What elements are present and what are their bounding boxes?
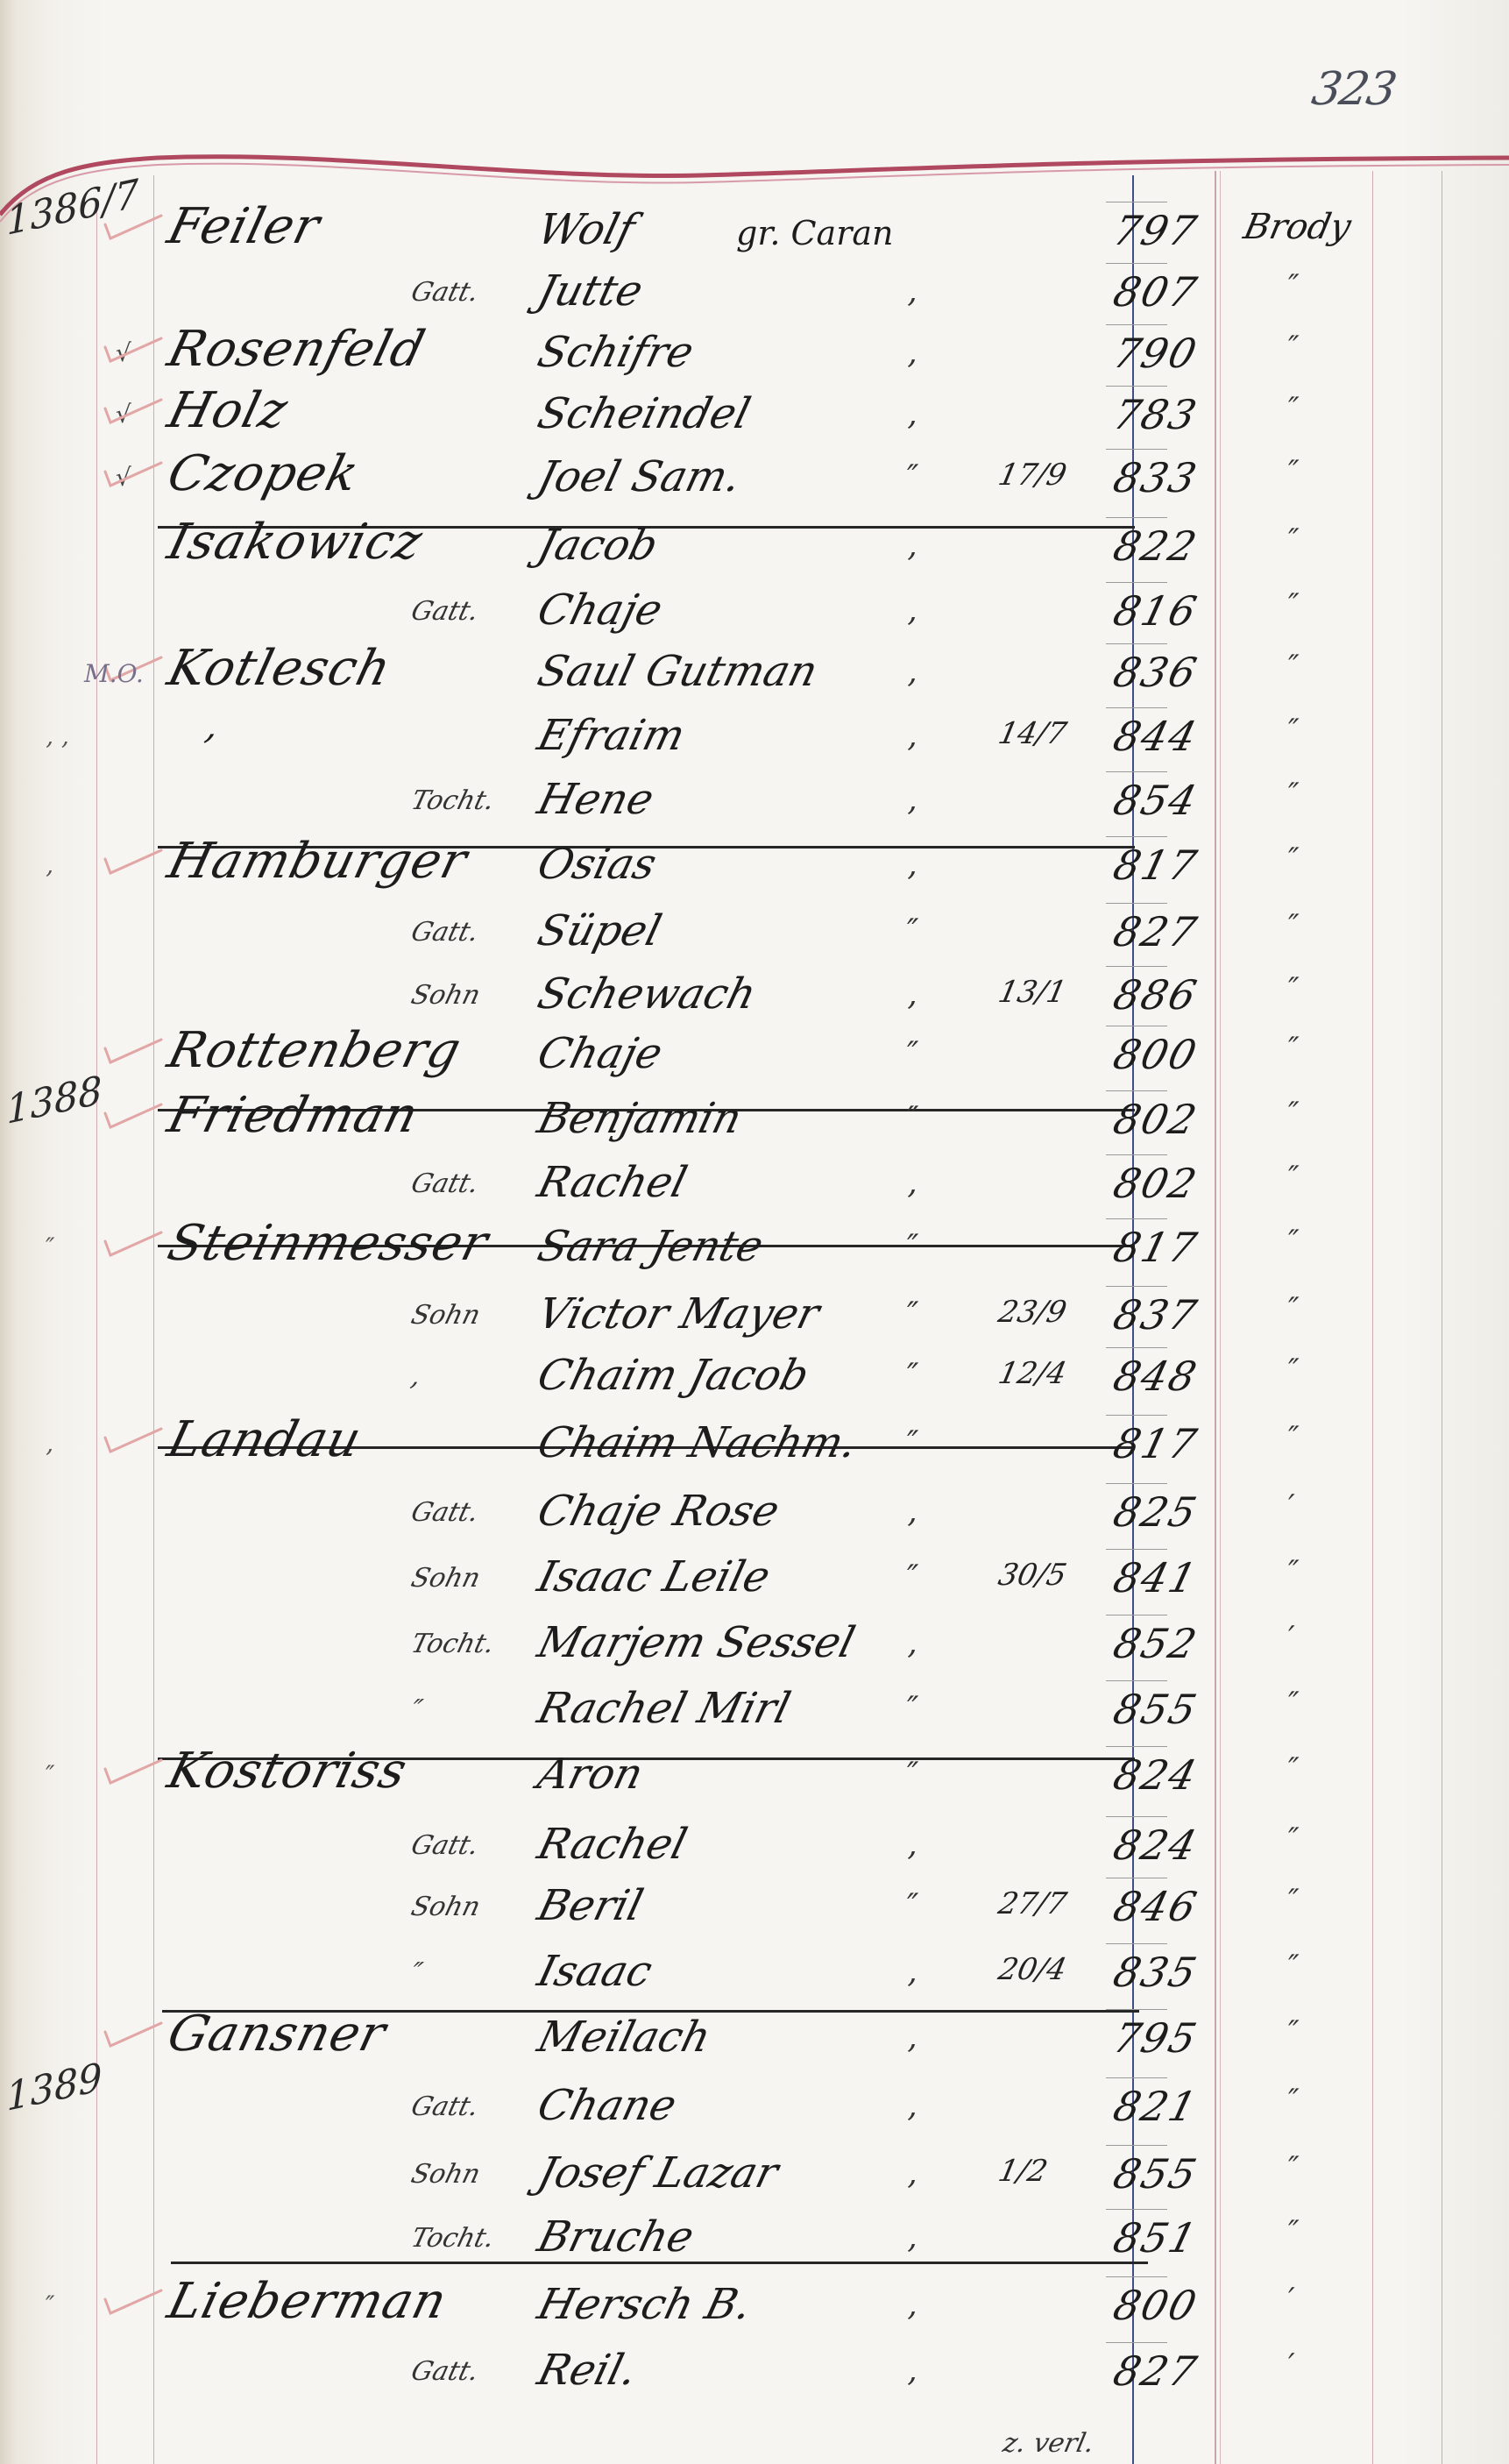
margin-rule-2	[153, 175, 154, 2464]
ditto-mark: ″	[907, 1036, 918, 1072]
ditto-mark: ‚	[907, 2219, 917, 2255]
relation-label: ‚	[408, 1361, 424, 1392]
given-name: Hene	[533, 775, 659, 824]
margin-note: M.O.	[84, 659, 144, 688]
surname: Rottenberg	[162, 1022, 467, 1079]
register-number: 802	[1109, 1160, 1202, 1207]
ditto-mark: ″	[907, 1757, 918, 1793]
number-tick-rule	[1106, 1218, 1167, 1219]
date: 14/7	[995, 716, 1070, 751]
register-number: 854	[1109, 777, 1202, 824]
given-name: Saul Gutman	[533, 647, 823, 696]
ditto-mark: ‚	[907, 273, 917, 309]
given-name: Chaje Rose	[533, 1487, 784, 1536]
given-name: Osias	[533, 840, 662, 889]
place-ditto: ′	[1288, 1488, 1295, 1523]
register-number: 841	[1109, 1554, 1202, 1601]
number-tick-rule	[1106, 263, 1167, 264]
relation-label: Sohn	[408, 1563, 484, 1594]
register-number: 848	[1109, 1353, 1202, 1400]
date: 17/9	[995, 458, 1070, 493]
surname: ‚	[202, 704, 225, 747]
ditto-mark: ‚	[907, 1625, 917, 1661]
ditto-mark: ″	[907, 1296, 918, 1332]
ditto-mark: ″	[907, 1559, 918, 1595]
register-number: 886	[1109, 971, 1202, 1019]
relation-label: Gatt.	[408, 1168, 482, 1199]
given-name: Reil.	[533, 2346, 641, 2395]
relation-label: ″	[408, 1957, 426, 1988]
ditto-mark: ″	[907, 1358, 918, 1394]
surname: Lieberman	[162, 2273, 453, 2330]
number-tick-rule	[1106, 707, 1167, 708]
given-name: Benjamin	[533, 1094, 747, 1143]
place-ditto: ″	[1288, 1096, 1300, 1131]
surname: Gansner	[162, 2006, 392, 2063]
register-number: 800	[1109, 2282, 1202, 2329]
given-name: Jacob	[533, 521, 662, 570]
date: 30/5	[995, 1558, 1070, 1593]
number-tick-rule	[1106, 1878, 1167, 1878]
ditto-mark: ‚	[907, 654, 917, 690]
given-name: Jutte	[533, 266, 648, 316]
given-name: Chaje	[533, 586, 668, 635]
register-number: 822	[1109, 522, 1202, 570]
ditto-mark: ‚	[907, 2353, 917, 2389]
number-tick-rule	[1106, 1415, 1167, 1416]
register-number: 795	[1109, 2014, 1202, 2062]
place-ditto: ″	[1288, 2083, 1300, 2118]
place-ditto: ″	[1288, 713, 1300, 748]
ditto-mark: ‚	[907, 1827, 917, 1863]
register-number: 817	[1109, 841, 1202, 889]
place-ditto: ″	[1288, 330, 1300, 365]
surname: Isakowicz	[162, 514, 429, 571]
number-tick-rule	[1106, 517, 1167, 518]
register-number: 807	[1109, 268, 1202, 316]
number-tick-rule	[1106, 1680, 1167, 1681]
given-name: Schewach	[533, 969, 762, 1019]
place-ditto: ″	[1288, 1420, 1300, 1455]
place-ditto: ″	[1288, 391, 1300, 426]
red-check-mark-icon	[103, 396, 156, 423]
given-name: Victor Mayer	[533, 1289, 825, 1339]
relation-label: Sohn	[408, 2159, 484, 2190]
red-check-mark-icon	[103, 1229, 156, 1255]
place-name: Brody	[1240, 207, 1355, 247]
number-tick-rule	[1106, 643, 1167, 644]
number-tick-rule	[1106, 1090, 1167, 1091]
ditto-mark: ‚	[907, 528, 917, 564]
ditto-mark: ‚	[907, 1494, 917, 1530]
column-rule-3	[1372, 171, 1373, 2464]
date: 23/9	[995, 1295, 1070, 1330]
given-name: Beril	[533, 1881, 648, 1930]
register-number: 783	[1109, 391, 1202, 438]
place-ditto: ″	[1288, 777, 1300, 812]
red-check-mark-icon	[103, 335, 156, 361]
given-name: Sara Jente	[533, 1222, 769, 1271]
given-name: Chaim Jacob	[533, 1351, 814, 1400]
margin-mark: ‚	[46, 850, 53, 879]
place-ditto: ′	[1288, 2282, 1295, 2317]
ditto-mark: ‚	[907, 1954, 917, 1990]
register-number: 827	[1109, 2347, 1202, 2395]
place-ditto: ″	[1288, 1686, 1300, 1721]
number-tick-rule	[1106, 1483, 1167, 1484]
place-ditto: ′	[1288, 2347, 1295, 2382]
margin-mark: ‚ ‚	[46, 721, 69, 750]
given-name: Joel Sam.	[533, 452, 746, 501]
number-tick-rule	[1106, 1347, 1167, 1348]
number-tick-rule	[1106, 836, 1167, 837]
register-number: 802	[1109, 1096, 1202, 1143]
register-number: 817	[1109, 1224, 1202, 1271]
red-check-mark-icon	[103, 1036, 156, 1062]
place-ditto: ″	[1288, 2214, 1300, 2249]
number-tick-rule	[1106, 1026, 1167, 1026]
given-name: Rachel	[533, 1820, 691, 1869]
number-tick-rule	[1106, 1816, 1167, 1817]
place-ditto: ″	[1288, 1224, 1300, 1259]
place-ditto: ″	[1288, 1751, 1300, 1786]
number-tick-rule	[1106, 1746, 1167, 1747]
number-tick-rule	[1106, 1549, 1167, 1550]
date: 20/4	[995, 1952, 1070, 1987]
margin-rule-1	[96, 202, 97, 2464]
red-check-mark-icon	[103, 2020, 156, 2046]
margin-year: 1388	[5, 1068, 103, 1133]
margin-mark: ″	[46, 2290, 54, 2319]
surname: Kostoriss	[162, 1743, 413, 1800]
relation-label: Tocht.	[408, 1629, 498, 1659]
relation-label: Gatt.	[408, 1830, 482, 1861]
place-ditto: ″	[1288, 649, 1300, 684]
relation-label: ″	[408, 1694, 426, 1725]
register-number: 790	[1109, 330, 1202, 377]
date: 13/1	[995, 975, 1070, 1010]
ditto-mark: ‚	[907, 847, 917, 883]
number-tick-rule	[1106, 966, 1167, 967]
place-ditto: ″	[1288, 1353, 1300, 1388]
place-ditto: ″	[1288, 908, 1300, 943]
surname: Friedman	[162, 1087, 424, 1144]
register-number: 816	[1109, 587, 1202, 635]
place-ditto: ″	[1288, 522, 1300, 557]
ditto-mark: ‚	[907, 593, 917, 628]
place-ditto: ″	[1288, 454, 1300, 489]
ditto-mark: ‚	[907, 718, 917, 754]
ditto-mark: ‚	[907, 976, 917, 1012]
red-check-mark-icon	[103, 459, 156, 486]
surname: Rosenfeld	[162, 321, 431, 378]
number-tick-rule	[1106, 582, 1167, 583]
given-name: Schifre	[533, 328, 698, 377]
place-ditto: ″	[1288, 1883, 1300, 1918]
number-tick-rule	[1106, 1615, 1167, 1615]
number-tick-rule	[1106, 2145, 1167, 2146]
margin-mark: ″	[46, 1232, 54, 1261]
given-name: Chaim Nachm.	[533, 1418, 862, 1467]
relation-label: Sohn	[408, 980, 484, 1011]
ditto-mark: ‚	[907, 2088, 917, 2124]
relation-label: Sohn	[408, 1892, 484, 1922]
margin-mark: ″	[46, 1760, 54, 1789]
ditto-mark: ″	[907, 1691, 918, 1727]
number-tick-rule	[1106, 771, 1167, 772]
number-tick-rule	[1106, 2209, 1167, 2210]
register-number: 824	[1109, 1751, 1202, 1799]
ditto-mark: ‚	[907, 2287, 917, 2323]
date: 1/2	[995, 2154, 1051, 2189]
given-name: Rachel	[533, 1158, 691, 1207]
register-number: 837	[1109, 1291, 1202, 1339]
surname: Landau	[162, 1411, 367, 1468]
given-name: Josef Lazar	[533, 2148, 783, 2198]
relation-label: Gatt.	[408, 596, 482, 627]
given-name: Wolf	[533, 205, 640, 254]
column-rule-4	[1442, 171, 1442, 2464]
number-tick-rule	[1106, 1286, 1167, 1287]
date: 12/4	[995, 1356, 1070, 1391]
given-name: Isaac Leile	[533, 1552, 775, 1601]
number-tick-rule	[1106, 1154, 1167, 1155]
given-name: Chaje	[533, 1029, 668, 1078]
number-tick-rule	[1106, 324, 1167, 325]
ditto-mark: ‚	[907, 2020, 917, 2056]
number-tick-rule	[1106, 2342, 1167, 2343]
given-name: Süpel	[533, 906, 666, 955]
number-tick-rule	[1106, 2077, 1167, 2078]
ditto-mark: ″	[907, 1101, 918, 1137]
ditto-mark: ″	[907, 459, 918, 495]
date: 27/7	[995, 1886, 1070, 1921]
register-number: 844	[1109, 713, 1202, 760]
place-ditto: ″	[1288, 2150, 1300, 2185]
ledger-row: Gatt.Reil.‚827′	[0, 0, 1509, 61]
surname: Steinmesser	[162, 1215, 494, 1272]
number-tick-rule	[1106, 449, 1167, 450]
register-number: 833	[1109, 454, 1202, 501]
place-ditto: ″	[1288, 971, 1300, 1006]
ditto-mark: ‚	[907, 782, 917, 818]
place-ditto: ″	[1288, 1949, 1300, 1984]
register-number: 800	[1109, 1031, 1202, 1078]
register-number: 855	[1109, 2150, 1202, 2198]
register-number: 855	[1109, 1686, 1202, 1733]
given-name: Bruche	[533, 2212, 698, 2262]
surname: Holz	[162, 382, 294, 439]
register-number: 846	[1109, 1883, 1202, 1930]
given-name: Isaac	[533, 1947, 657, 1996]
relation-label: Gatt.	[408, 1497, 482, 1528]
ditto-mark: ‚	[907, 2155, 917, 2191]
place-ditto: ″	[1288, 2014, 1300, 2049]
margin-mark: ‚	[46, 1429, 53, 1458]
given-name: Aron	[533, 1750, 648, 1799]
given-name: Hersch B.	[533, 2280, 756, 2329]
section-divider	[171, 2262, 1148, 2264]
relation-label: Tocht.	[408, 2223, 498, 2254]
number-tick-rule	[1106, 202, 1167, 202]
register-number: 836	[1109, 649, 1202, 696]
extra-note: gr. Caran	[736, 214, 894, 252]
ditto-mark: ‚	[907, 335, 917, 371]
given-name: Chane	[533, 2081, 682, 2130]
ditto-mark: ″	[907, 913, 918, 949]
relation-label: Tocht.	[408, 785, 498, 816]
relation-label: Gatt.	[408, 917, 482, 948]
ledger-page: 323 FeilerWolfgr. Caran797BrodyGatt.Jutt…	[0, 0, 1509, 2464]
red-check-mark-icon	[103, 1425, 156, 1452]
register-number: 852	[1109, 1620, 1202, 1667]
number-tick-rule	[1106, 1943, 1167, 1944]
register-number: 824	[1109, 1821, 1202, 1869]
red-check-mark-icon	[103, 847, 156, 873]
ditto-mark: ″	[907, 1888, 918, 1924]
red-check-mark-icon	[103, 1101, 156, 1127]
footer-note: z. verl.	[1000, 2428, 1097, 2459]
place-column-rule	[1215, 171, 1216, 2464]
margin-year: 1389	[5, 2055, 103, 2120]
red-check-mark-icon	[103, 2287, 156, 2313]
number-tick-rule	[1106, 2276, 1167, 2277]
place-ditto: ″	[1288, 1291, 1300, 1326]
place-ditto: ″	[1288, 1554, 1300, 1589]
number-tick-rule	[1106, 2009, 1167, 2010]
number-tick-rule	[1106, 386, 1167, 387]
given-name: Efraim	[533, 711, 690, 760]
register-number: 835	[1109, 1949, 1202, 1996]
given-name: Marjem Sessel	[533, 1618, 860, 1667]
register-number: 821	[1109, 2083, 1202, 2130]
surname: Feiler	[162, 198, 326, 255]
relation-label: Sohn	[408, 1300, 484, 1331]
place-ditto: ″	[1288, 1031, 1300, 1066]
place-ditto: ″	[1288, 268, 1300, 303]
relation-label: Gatt.	[408, 2356, 482, 2387]
number-tick-rule	[1106, 903, 1167, 904]
register-number: 851	[1109, 2214, 1202, 2262]
ditto-mark: ‚	[907, 1165, 917, 1201]
page-number: 323	[1308, 63, 1399, 116]
place-ditto: ″	[1288, 1821, 1300, 1857]
place-ditto: ″	[1288, 1160, 1300, 1195]
surname: Hamburger	[162, 833, 473, 890]
ditto-mark: ″	[907, 1425, 918, 1461]
place-ditto: ″	[1288, 841, 1300, 877]
place-ditto: ″	[1288, 587, 1300, 622]
given-name: Scheindel	[533, 389, 755, 438]
red-check-mark-icon	[103, 1757, 156, 1783]
place-ditto: ′	[1288, 1620, 1295, 1655]
surname: Czopek	[162, 445, 365, 502]
register-number: 797	[1109, 207, 1202, 254]
ditto-mark: ″	[907, 1229, 918, 1265]
register-number: 817	[1109, 1420, 1202, 1467]
given-name: Rachel Mirl	[533, 1684, 795, 1733]
relation-label: Gatt.	[408, 277, 482, 308]
given-name: Meilach	[533, 2013, 716, 2062]
relation-label: Gatt.	[408, 2091, 482, 2122]
register-number: 827	[1109, 908, 1202, 955]
register-number: 825	[1109, 1488, 1202, 1536]
surname: Kotlesch	[162, 640, 397, 697]
ditto-mark: ‚	[907, 396, 917, 432]
